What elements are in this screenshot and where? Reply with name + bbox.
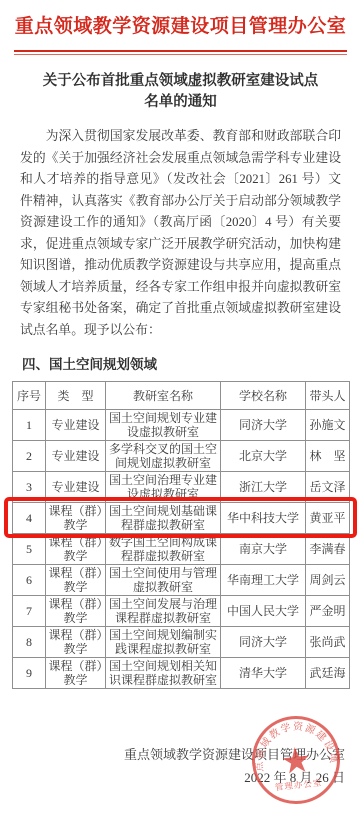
table-row: 9 课程（群）教学 国土空间规划相关知识课程群虚拟教研室 清华大学 武廷海 — [13, 658, 350, 689]
cell-seq: 4 — [13, 503, 46, 534]
roster-table-wrap: 序号 类 型 教研室名称 学校名称 带头人 1 专业建设 国土空间规划专业建设虚… — [12, 381, 349, 689]
cell-leader: 岳文泽 — [306, 472, 350, 503]
cell-type: 课程（群）教学 — [46, 565, 106, 596]
cell-leader: 严金明 — [306, 596, 350, 627]
cell-school: 华南理工大学 — [221, 565, 306, 596]
cell-name: 数字国土空间构成课程群虚拟教研室 — [106, 534, 221, 565]
cell-name: 国土空间规划基础课程群虚拟教研室 — [106, 503, 221, 534]
header-name: 教研室名称 — [106, 382, 221, 410]
body-paragraph: 为深入贯彻国家发展改革委、教育部和财政部联合印发的《关于加强经济社会发展重点领域… — [20, 126, 341, 341]
cell-name: 国土空间治理专业建设虚拟教研室 — [106, 472, 221, 503]
cell-leader: 周剑云 — [306, 565, 350, 596]
cell-seq: 6 — [13, 565, 46, 596]
cell-school: 华中科技大学 — [221, 503, 306, 534]
cell-type: 专业建设 — [46, 441, 106, 472]
table-header-row: 序号 类 型 教研室名称 学校名称 带头人 — [13, 382, 350, 410]
cell-leader: 武廷海 — [306, 658, 350, 689]
footer-issuer: 重点领域教学资源建设项目管理办公室 — [0, 743, 345, 766]
cell-seq: 1 — [13, 410, 46, 441]
roster-table: 序号 类 型 教研室名称 学校名称 带头人 1 专业建设 国土空间规划专业建设虚… — [12, 381, 350, 689]
cell-type: 专业建设 — [46, 472, 106, 503]
section-heading: 四、国土空间规划领域 — [22, 353, 361, 373]
footer: 重点领域教学资源建设项目管理办公室 2022 年 8 月 26 日 — [0, 743, 361, 789]
letterhead-title: 重点领域教学资源建设项目管理办公室 — [10, 9, 351, 45]
table-row: 1 专业建设 国土空间规划专业建设虚拟教研室 同济大学 孙施文 — [13, 410, 350, 441]
cell-name: 国土空间规划相关知识课程群虚拟教研室 — [106, 658, 221, 689]
cell-type: 课程（群）教学 — [46, 658, 106, 689]
cell-leader: 李满春 — [306, 534, 350, 565]
cell-name: 国土空间规划编制实践课程虚拟教研室 — [106, 627, 221, 658]
table-row-highlighted: 4 课程（群）教学 国土空间规划基础课程群虚拟教研室 华中科技大学 黄亚平 — [13, 503, 350, 534]
cell-type: 课程（群）教学 — [46, 503, 106, 534]
cell-name: 多学科交叉的国土空间规划虚拟教研室 — [106, 441, 221, 472]
header-seq: 序号 — [13, 382, 46, 410]
cell-leader: 林 坚 — [306, 441, 350, 472]
header-type: 类 型 — [46, 382, 106, 410]
table-row: 5 课程（群）教学 数字国土空间构成课程群虚拟教研室 南京大学 李满春 — [13, 534, 350, 565]
cell-leader: 黄亚平 — [306, 503, 350, 534]
header-school: 学校名称 — [221, 382, 306, 410]
cell-school: 北京大学 — [221, 441, 306, 472]
table-row: 6 课程（群）教学 国土空间使用与管理虚拟教研室 华南理工大学 周剑云 — [13, 565, 350, 596]
cell-seq: 3 — [13, 472, 46, 503]
cell-school: 清华大学 — [221, 658, 306, 689]
cell-school: 同济大学 — [221, 410, 306, 441]
table-row: 2 专业建设 多学科交叉的国土空间规划虚拟教研室 北京大学 林 坚 — [13, 441, 350, 472]
document-page: 重点领域教学资源建设项目管理办公室 关于公布首批重点领域虚拟教研室建设试点 名单… — [0, 0, 361, 823]
cell-name: 国土空间发展与治理课程群虚拟教研室 — [106, 596, 221, 627]
table-row: 7 课程（群）教学 国土空间发展与治理课程群虚拟教研室 中国人民大学 严金明 — [13, 596, 350, 627]
cell-type: 课程（群）教学 — [46, 534, 106, 565]
cell-school: 南京大学 — [221, 534, 306, 565]
cell-leader: 张尚武 — [306, 627, 350, 658]
cell-school: 同济大学 — [221, 627, 306, 658]
cell-seq: 5 — [13, 534, 46, 565]
letterhead-rule — [14, 50, 347, 55]
cell-name: 国土空间规划专业建设虚拟教研室 — [106, 410, 221, 441]
cell-seq: 2 — [13, 441, 46, 472]
document-title: 关于公布首批重点领域虚拟教研室建设试点 名单的通知 — [0, 71, 361, 113]
cell-leader: 孙施文 — [306, 410, 350, 441]
cell-school: 中国人民大学 — [221, 596, 306, 627]
cell-type: 课程（群）教学 — [46, 627, 106, 658]
document-title-line1: 关于公布首批重点领域虚拟教研室建设试点 — [0, 71, 361, 92]
document-title-line2: 名单的通知 — [0, 92, 361, 113]
cell-seq: 9 — [13, 658, 46, 689]
cell-seq: 7 — [13, 596, 46, 627]
cell-seq: 8 — [13, 627, 46, 658]
footer-date: 2022 年 8 月 26 日 — [0, 766, 345, 789]
table-row: 8 课程（群）教学 国土空间规划编制实践课程虚拟教研室 同济大学 张尚武 — [13, 627, 350, 658]
cell-school: 浙江大学 — [221, 472, 306, 503]
header-leader: 带头人 — [306, 382, 350, 410]
cell-type: 专业建设 — [46, 410, 106, 441]
table-row: 3 专业建设 国土空间治理专业建设虚拟教研室 浙江大学 岳文泽 — [13, 472, 350, 503]
cell-name: 国土空间使用与管理虚拟教研室 — [106, 565, 221, 596]
cell-type: 课程（群）教学 — [46, 596, 106, 627]
